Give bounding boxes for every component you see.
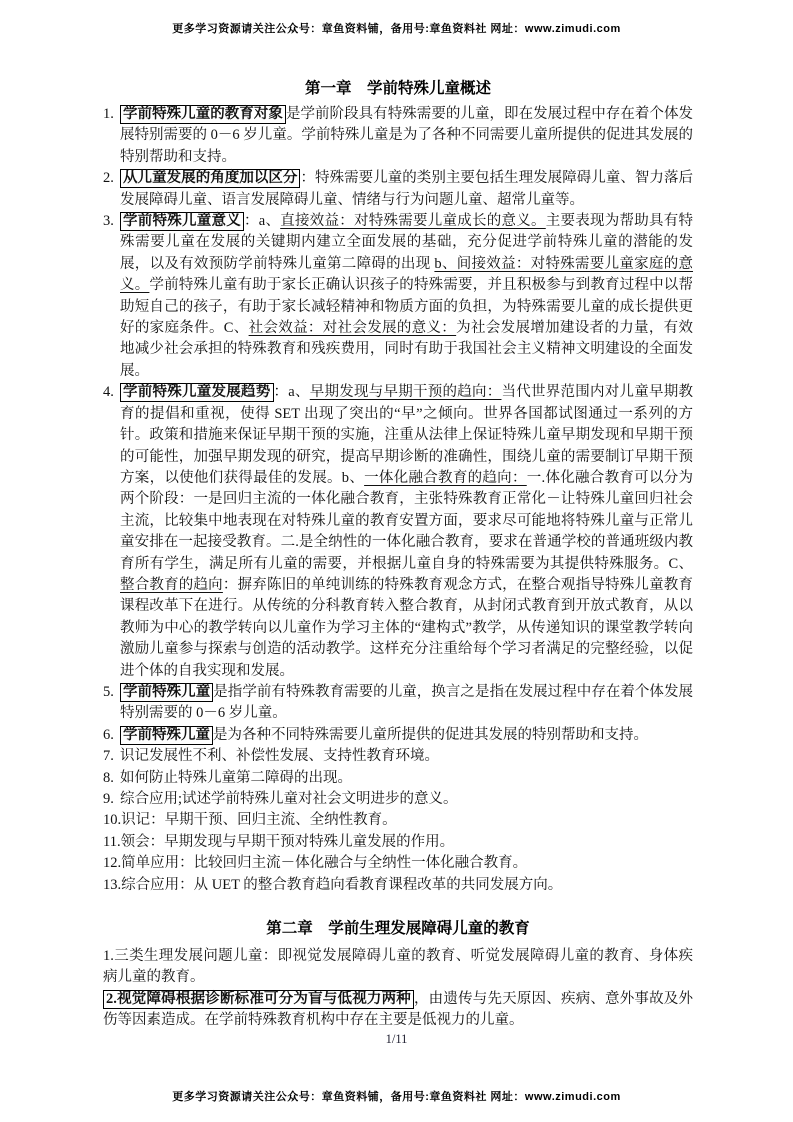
list-item: 4.学前特殊儿童发展趋势：a、早期发现与早期干预的趋向：当代世界范围内对儿童早期… [103, 382, 693, 682]
item-number: 10. [103, 810, 121, 831]
list-item: 5.学前特殊儿童是指学前有特殊教育需要的儿童，换言之是指在发展过程中存在着个体发… [103, 682, 693, 725]
item-text: 学前特殊儿童发展趋势：a、早期发现与早期干预的趋向：当代世界范围内对儿童早期教育… [120, 382, 693, 682]
item-number: 11. [103, 832, 121, 853]
text-segment-plain: 领会：早期发现与早期干预对特殊儿童发展的作用。 [121, 834, 455, 850]
item-text: 综合应用：从 UET 的整合教育趋向看教育课程改革的共同发展方向。 [121, 875, 693, 896]
item-text: 如何防止特殊儿童第二障碍的出现。 [120, 768, 693, 789]
text-segment-boxed: 学前特殊儿童 [120, 683, 213, 702]
list-item: 9.综合应用;试述学前特殊儿童对社会文明进步的意义。 [103, 789, 693, 810]
list-item: 6.学前特殊儿童是为各种不同特殊需要儿童所提供的促进其发展的特别帮助和支持。 [103, 725, 693, 746]
item-text: 学前特殊儿童是为各种不同特殊需要儿童所提供的促进其发展的特别帮助和支持。 [120, 725, 693, 746]
item-number: 7. [103, 746, 120, 767]
list-item: 10.识记：早期干预、回归主流、全纳性教育。 [103, 810, 693, 831]
list-item: 2.从儿童发展的角度加以区分：特殊需要儿童的类别主要包括生理发展障碍儿童、智力落… [103, 168, 693, 211]
chapter-2-paragraphs: 1.三类生理发展问题儿童：即视觉发展障碍儿童的教育、听觉发展障碍儿童的教育、身体… [103, 946, 693, 1032]
item-number: 9. [103, 789, 120, 810]
item-text: 简单应用：比较回归主流－体化融合与全纳性一体化融合教育。 [121, 853, 693, 874]
text-segment-boxed: 学前特殊儿童的教育对象 [120, 105, 286, 124]
text-segment-plain: 是为各种不同特殊需要儿童所提供的促进其发展的特别帮助和支持。 [213, 727, 648, 743]
list-item: 13.综合应用：从 UET 的整合教育趋向看教育课程改革的共同发展方向。 [103, 875, 693, 896]
text-segment-plain: ：a、 [274, 384, 310, 400]
item-number: 4. [103, 382, 120, 403]
document-page: { "header": { "text": "更多学习资源请关注公众号：章鱼资料… [0, 0, 793, 1122]
item-number: 5. [103, 682, 120, 703]
text-segment-plain: 如何防止特殊儿童第二障碍的出现。 [120, 770, 352, 786]
item-text: 学前特殊儿童意义：a、直接效益：对特殊需要儿童成长的意义。主要表现为帮助具有特殊… [120, 211, 693, 382]
text-segment-underline: 直接效益：对特殊需要儿童成长的意义。 [280, 213, 546, 229]
text-segment-underline: 早期发现与早期干预的趋向： [310, 384, 502, 400]
item-text: 综合应用;试述学前特殊儿童对社会文明进步的意义。 [120, 789, 693, 810]
paragraph: 2.视觉障碍根据诊断标准可分为盲与低视力两种，由遗传与先天原因、疾病、意外事故及… [103, 989, 693, 1032]
text-segment-plain: 1.三类生理发展问题儿童：即视觉发展障碍儿童的教育、听觉发展障碍儿童的教育、身体… [103, 948, 693, 985]
list-item: 8.如何防止特殊儿童第二障碍的出现。 [103, 768, 693, 789]
text-segment-underline: 整合教育的趋向 [120, 577, 223, 593]
item-number: 13. [103, 875, 121, 896]
item-number: 1. [103, 104, 120, 125]
item-text: 学前特殊儿童是指学前有特殊教育需要的儿童，换言之是指在发展过程中存在着个体发展特… [120, 682, 693, 725]
item-text: 领会：早期发现与早期干预对特殊儿童发展的作用。 [121, 832, 693, 853]
text-segment-plain: 识记：早期干预、回归主流、全纳性教育。 [121, 812, 397, 828]
item-text: 从儿童发展的角度加以区分：特殊需要儿童的类别主要包括生理发展障碍儿童、智力落后发… [120, 168, 693, 211]
text-segment-plain: 综合应用：从 UET 的整合教育趋向看教育课程改革的共同发展方向。 [121, 877, 562, 893]
text-segment-boxed: 从儿童发展的角度加以区分 [120, 169, 300, 188]
text-segment-underline: 一体化融合教育的趋向： [364, 470, 527, 486]
chapter-1-item-list: 1.学前特殊儿童的教育对象是学前阶段具有特殊需要的儿童，即在发展过程中存在着个体… [103, 104, 693, 896]
footer-promo-text: 更多学习资源请关注公众号：章鱼资料铺，备用号:章鱼资料社 网址：www.zimu… [0, 1088, 793, 1104]
text-segment-boxed: 学前特殊儿童发展趋势 [120, 383, 274, 402]
page-content: 第一章 学前特殊儿童概述 1.学前特殊儿童的教育对象是学前阶段具有特殊需要的儿童… [103, 78, 693, 1032]
paragraph: 1.三类生理发展问题儿童：即视觉发展障碍儿童的教育、听觉发展障碍儿童的教育、身体… [103, 946, 693, 989]
item-text: 识记发展性不利、补偿性发展、支持性教育环境。 [120, 746, 693, 767]
text-segment-boxed: 学前特殊儿童 [120, 726, 213, 745]
item-number: 3. [103, 211, 120, 232]
chapter-1-title: 第一章 学前特殊儿童概述 [103, 78, 693, 100]
text-segment-plain: ：a、 [244, 213, 280, 229]
text-segment-plain: 识记发展性不利、补偿性发展、支持性教育环境。 [120, 748, 439, 764]
list-item: 7.识记发展性不利、补偿性发展、支持性教育环境。 [103, 746, 693, 767]
text-segment-boxed: 学前特殊儿童意义 [120, 212, 244, 231]
list-item: 3.学前特殊儿童意义：a、直接效益：对特殊需要儿童成长的意义。主要表现为帮助具有… [103, 211, 693, 382]
text-segment-plain: 综合应用;试述学前特殊儿童对社会文明进步的意义。 [120, 791, 458, 807]
chapter-2-title: 第二章 学前生理发展障碍儿童的教育 [103, 918, 693, 940]
item-text: 学前特殊儿童的教育对象是学前阶段具有特殊需要的儿童，即在发展过程中存在着个体发展… [120, 104, 693, 168]
list-item: 11.领会：早期发现与早期干预对特殊儿童发展的作用。 [103, 832, 693, 853]
header-promo-text: 更多学习资源请关注公众号：章鱼资料铺，备用号:章鱼资料社 网址：www.zimu… [0, 20, 793, 36]
item-text: 识记：早期干预、回归主流、全纳性教育。 [121, 810, 693, 831]
item-number: 6. [103, 725, 120, 746]
text-segment-plain: 简单应用：比较回归主流－体化融合与全纳性一体化融合教育。 [121, 855, 527, 871]
page-number: 1/11 [0, 1032, 793, 1047]
item-number: 12. [103, 853, 121, 874]
item-number: 2. [103, 168, 120, 189]
list-item: 1.学前特殊儿童的教育对象是学前阶段具有特殊需要的儿童，即在发展过程中存在着个体… [103, 104, 693, 168]
list-item: 12.简单应用：比较回归主流－体化融合与全纳性一体化融合教育。 [103, 853, 693, 874]
text-segment-boxed-bold: 2.视觉障碍根据诊断标准可分为盲与低视力两种 [103, 990, 414, 1009]
item-number: 8. [103, 768, 120, 789]
text-segment-underline: 社会效益：对社会发展的意义： [249, 320, 457, 336]
